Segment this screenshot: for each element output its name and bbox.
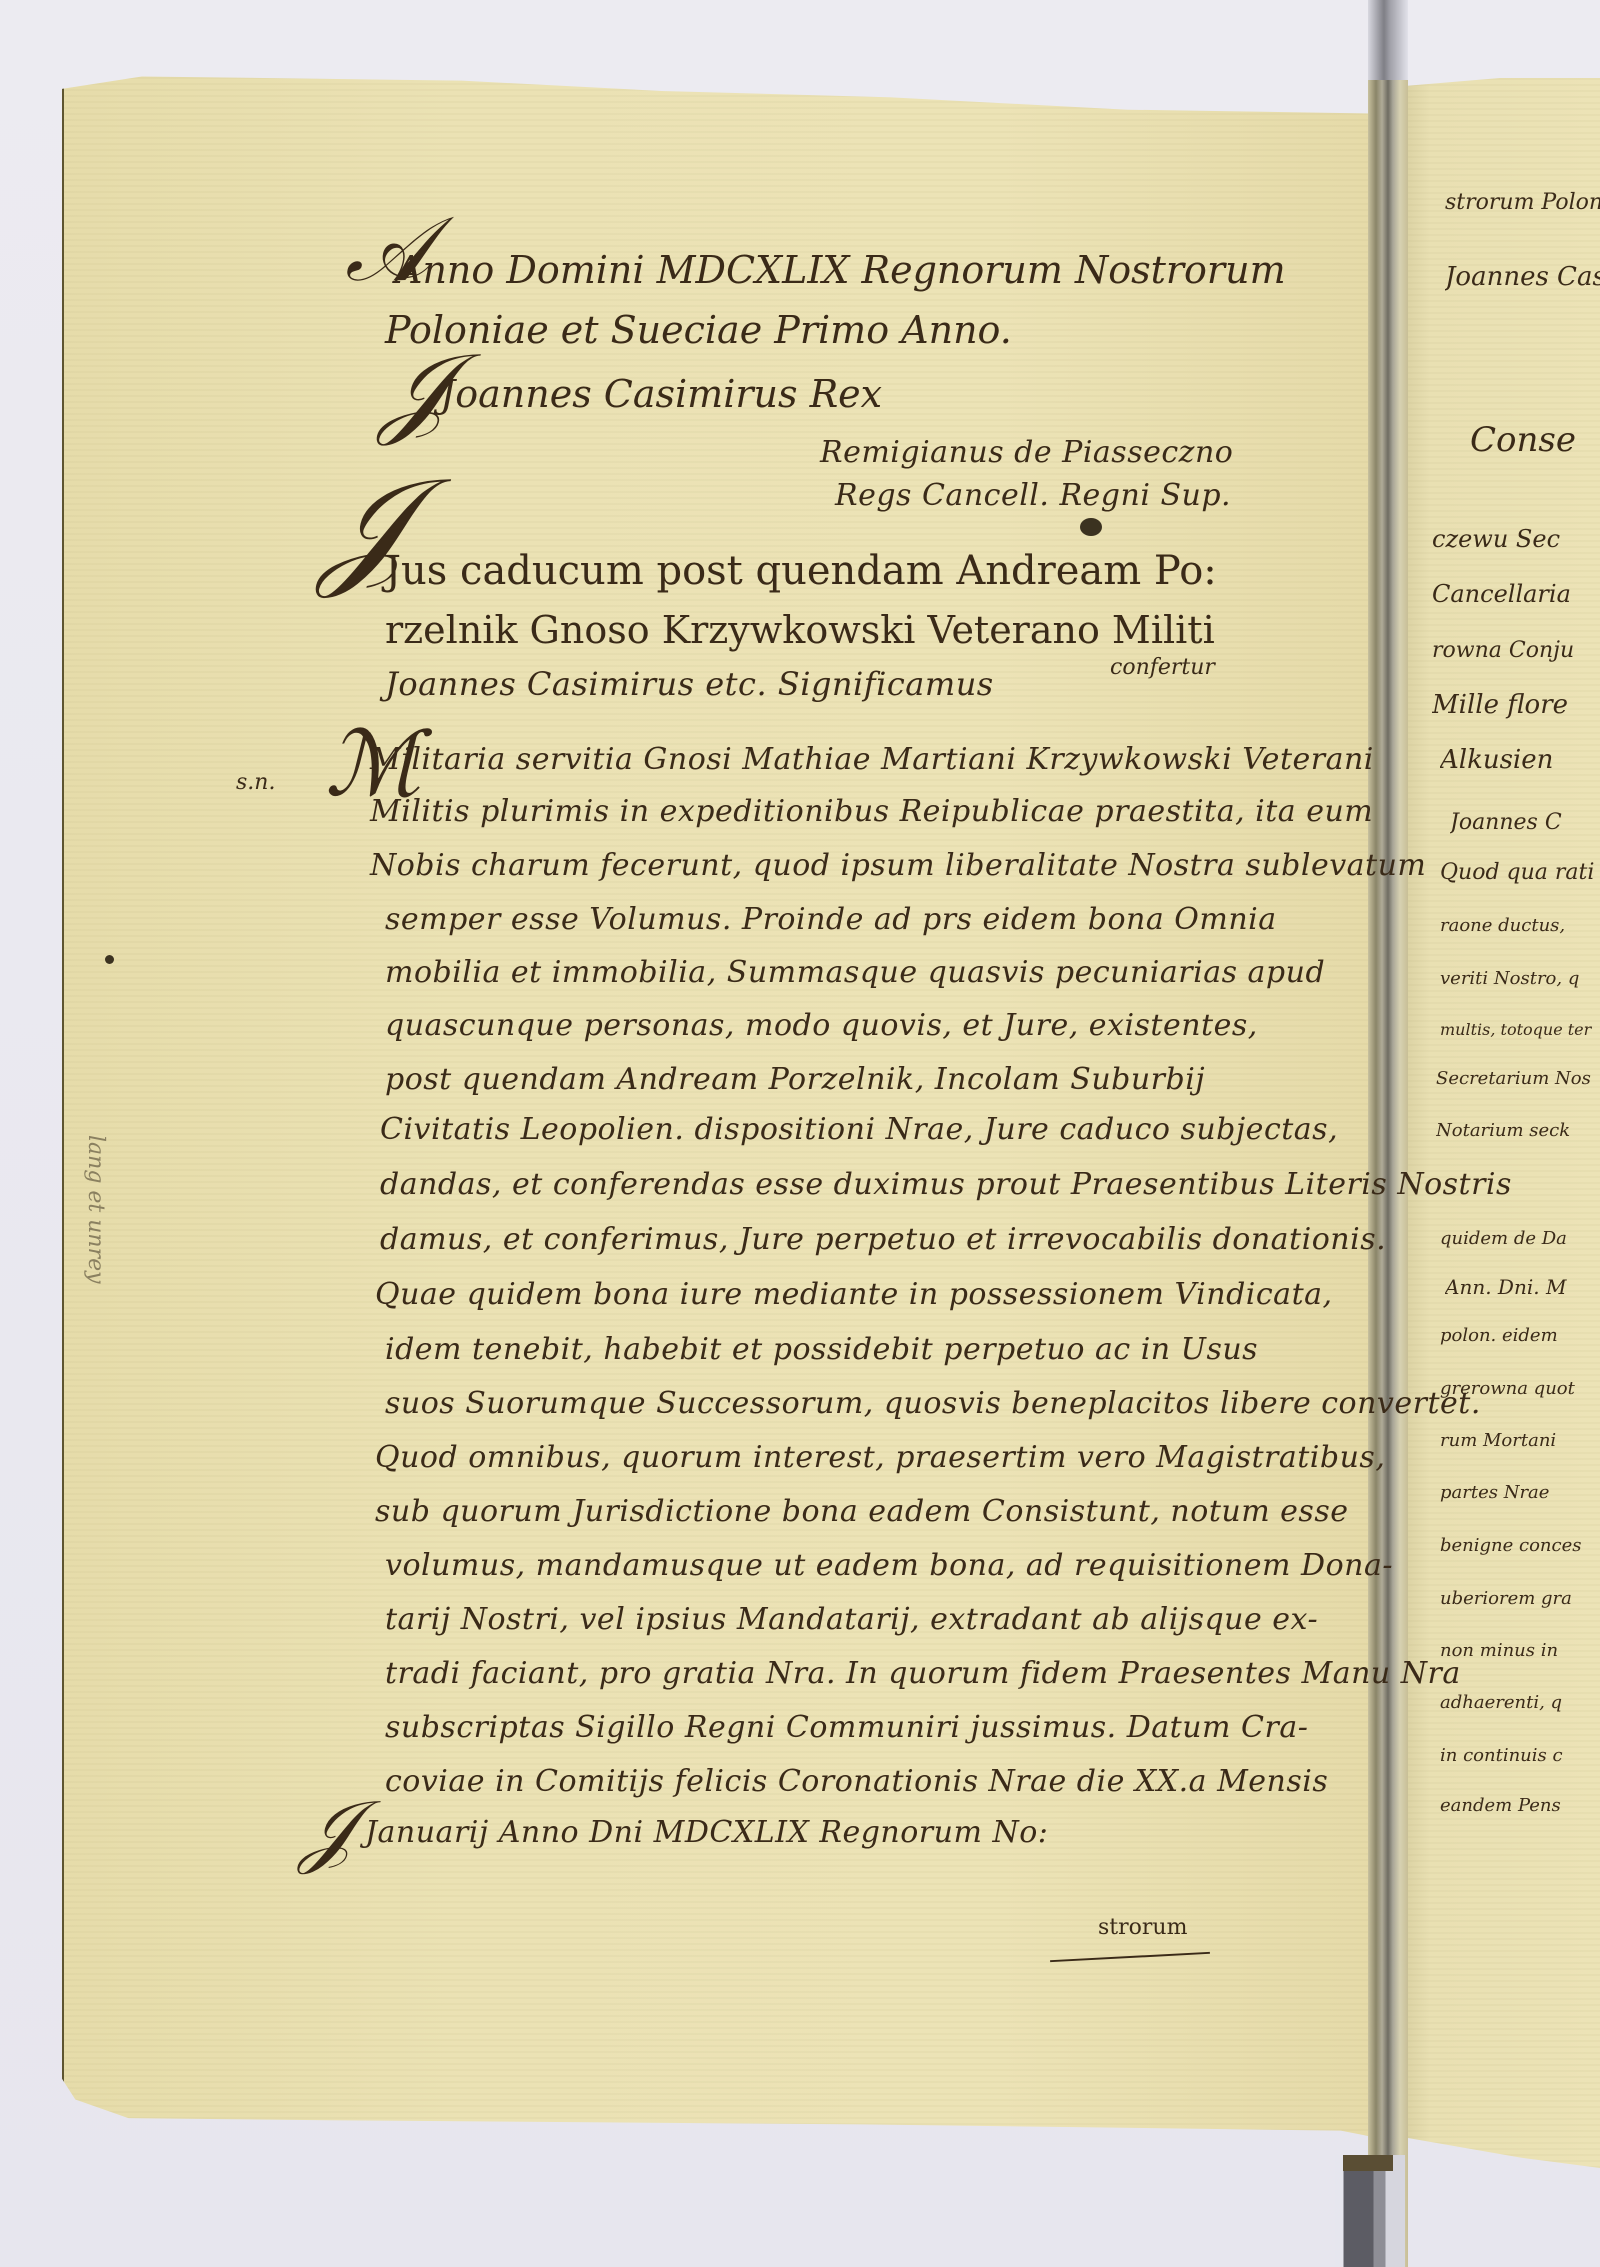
body-line-12: idem tenebit, habebit et possidebit perp… (385, 1332, 1258, 1367)
facing-line-21: partes Nrae (1440, 1482, 1595, 1503)
facing-line-19: grerowna quot (1440, 1378, 1595, 1399)
facing-line-10: Quod qua rati (1440, 860, 1595, 885)
facing-line-22: benigne conces (1440, 1535, 1595, 1556)
body-line-7: post quendam Andream Porzelnik, Incolam … (385, 1062, 1205, 1097)
facing-line-8: Alkusien (1440, 745, 1595, 775)
title-line-1: Jus caducum post quendam Andream Po: (385, 548, 1217, 594)
facing-line-15: Notarium seck (1436, 1120, 1591, 1141)
body-line-14: Quod omnibus, quorum interest, praeserti… (375, 1440, 1385, 1475)
body-line-1: Militaria servitia Gnosi Mathiae Martian… (370, 742, 1374, 777)
body-line-19: subscriptas Sigillo Regni Communiri juss… (385, 1710, 1308, 1745)
facing-line-7: Mille flore (1432, 690, 1587, 720)
body-line-9: dandas, et conferendas esse duximus prou… (380, 1167, 1512, 1202)
initial-flourish-J: 𝒥 (380, 340, 449, 440)
body-line-17: tarij Nostri, vel ipsius Mandatarij, ext… (385, 1602, 1318, 1637)
body-line-6: quascunque personas, modo quovis, et Jur… (385, 1008, 1258, 1043)
facing-line-20: rum Mortani (1440, 1430, 1595, 1451)
binding-clamp-top (1368, 0, 1408, 80)
confertur-note: confertur (1110, 655, 1215, 680)
body-line-15: sub quorum Jurisdictione bona eadem Cons… (375, 1494, 1348, 1529)
facing-line-16: quidem de Da (1440, 1228, 1595, 1249)
heading-line-1: Anno Domini MDCXLIX Regnorum Nostrorum (395, 248, 1286, 292)
body-line-11: Quae quidem bona iure mediante in posses… (375, 1277, 1333, 1312)
facing-line-24: non minus in (1440, 1640, 1595, 1661)
facing-line-2: Joannes Cas (1445, 262, 1600, 292)
body-line-13: suos Suorumque Successorum, quosvis bene… (385, 1386, 1481, 1421)
title-line-2: rzelnik Gnoso Krzywkowski Veterano Milit… (385, 608, 1215, 652)
body-line-8: Civitatis Leopolien. dispositioni Nrae, … (380, 1112, 1338, 1147)
body-line-18: tradi faciant, pro gratia Nra. In quorum… (385, 1656, 1461, 1691)
title-line-3: Joannes Casimirus etc. Significamus (385, 665, 994, 703)
facing-line-1: strorum Poloni (1445, 190, 1600, 215)
facing-line-3: Conse (1470, 420, 1600, 460)
facing-line-13: multis, totoque ter (1440, 1020, 1595, 1039)
chancellor-line-1: Remigianus de Piasseczno (820, 435, 1233, 470)
body-line-3: Nobis charum fecerunt, quod ipsum libera… (370, 848, 1426, 883)
chancellor-line-2: Regs Cancell. Regni Sup. (835, 478, 1231, 513)
facing-line-17: Ann. Dni. M (1445, 1275, 1600, 1299)
facing-line-26: in continuis c (1440, 1745, 1595, 1766)
ink-blot (1080, 518, 1102, 536)
catchword: strorum (1098, 1915, 1187, 1940)
facing-line-6: rowna Conju (1432, 638, 1587, 663)
facing-line-18: polon. eidem (1440, 1325, 1595, 1346)
body-line-10: damus, et conferimus, Jure perpetuo et i… (380, 1222, 1386, 1257)
initial-flourish-J-bottom: 𝒥 (300, 1790, 355, 1870)
book-binding-gutter (1368, 0, 1408, 2267)
pencil-margin-note: lang et unrey (83, 1135, 108, 1284)
body-line-16: volumus, mandamusque ut eadem bona, ad r… (385, 1548, 1393, 1583)
facing-line-11: raone ductus, (1440, 915, 1595, 936)
body-line-5: mobilia et immobilia, Summasque quasvis … (385, 955, 1325, 990)
binding-clamp-bottom (1335, 2155, 1405, 2267)
margin-note-sn: s.n. (236, 770, 275, 795)
heading-line-2: Poloniae et Sueciae Primo Anno. (385, 308, 1012, 352)
facing-line-5: Cancellaria (1432, 580, 1587, 608)
facing-line-9: Joannes C (1450, 810, 1600, 835)
facing-line-14: Secretarium Nos (1436, 1068, 1591, 1089)
facing-line-25: adhaerenti, q (1440, 1692, 1595, 1713)
ink-spot (105, 955, 114, 964)
body-line-21: Januarij Anno Dni MDCXLIX Regnorum No: (365, 1815, 1048, 1850)
body-line-20: coviae in Comitijs felicis Coronationis … (385, 1764, 1328, 1799)
facing-line-12: veriti Nostro, q (1440, 968, 1595, 989)
facing-line-27: eandem Pens (1440, 1795, 1595, 1816)
facing-line-4: czewu Sec (1432, 525, 1587, 553)
facing-line-23: uberiorem gra (1440, 1588, 1595, 1609)
body-line-4: semper esse Volumus. Proinde ad prs eide… (385, 902, 1277, 937)
body-line-2: Militis plurimis in expeditionibus Reipu… (370, 794, 1373, 829)
heading-line-3: Joannes Casimirus Rex (440, 372, 882, 416)
